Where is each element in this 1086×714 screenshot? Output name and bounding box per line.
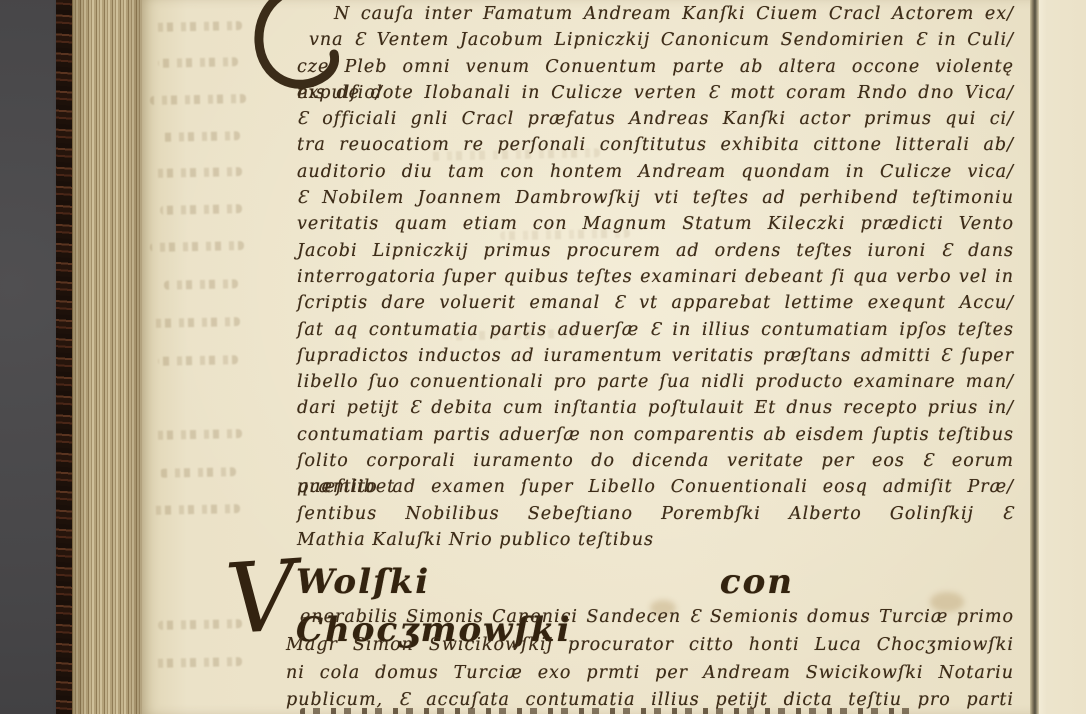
photo-background (0, 0, 60, 714)
case-heading: Wolſki con Chocʒmowſki (296, 558, 794, 606)
manuscript-line: enerabilis Simonis Canonici Sandecen Ɛ S… (252, 604, 1014, 632)
manuscript-line: ſcriptis dare voluerit emanal Ɛ vt appar… (252, 290, 1014, 316)
bleedthrough-mark (158, 355, 238, 366)
clipped-bottom-line-strokes (300, 708, 920, 714)
manuscript-line: Jacobi Lipniczkij primus procurem ad ord… (252, 238, 1014, 264)
page-edge-stack (72, 0, 142, 714)
manuscript-line: ſupradictos inductos ad iuramentum verit… (252, 343, 1014, 369)
manuscript-line: interrogatoria ſuper quibus teſtes exami… (252, 264, 1014, 290)
manuscript-line: libello ſuo conuentionali pro parte ſua … (252, 369, 1014, 395)
bleedthrough-mark (150, 657, 242, 668)
manuscript-line: cze Pleb omni venum Conuentum parte ab a… (252, 54, 1014, 80)
book-spine-leather-edge (56, 0, 73, 714)
bleedthrough-mark (152, 504, 240, 515)
manuscript-line: Ɛ officiali gnli Cracl præfatus Andreas … (252, 106, 1014, 132)
manuscript-line: N cauſa inter Famatum Andream Kanſki Ciu… (252, 1, 1014, 27)
manuscript-line: ſat aq contumatia partis aduerſæ Ɛ in il… (252, 317, 1014, 343)
manuscript-line: ſentibus Nobilibus Sebeſtiano Porembſki … (252, 501, 1014, 527)
manuscript-line: Mathia Kaluſki Nrio publico teſtibus (252, 527, 1014, 553)
bleedthrough-mark (160, 467, 236, 478)
manuscript-line: Magr Simon Swicikowſkij procurator citto… (252, 632, 1014, 660)
manuscript-line: tra reuocatiom re perſonali conſtitutus … (252, 132, 1014, 158)
manuscript-line: præſtito ad examen ſuper Libello Conuent… (252, 474, 1014, 500)
manuscript-line: vna Ɛ Ventem Jacobum Lipniczkij Canonicu… (252, 27, 1014, 53)
manuscript-line: dari petijt Ɛ debita cum inſtantia poſtu… (252, 395, 1014, 421)
manuscript-line: ſolito corporali iuramento do dicenda ve… (252, 448, 1014, 474)
bleedthrough-mark (160, 204, 242, 215)
entry-wolski-v-choczmowski: enerabilis Simonis Canonici Sandecen Ɛ S… (252, 604, 1014, 714)
manuscript-line: contumatiam partis aduerſæ non comparent… (252, 422, 1014, 448)
manuscript-line: Ɛ Nobilem Joannem Dambrowſkij vti teſtes… (252, 185, 1014, 211)
manuscript-line: veritatis quam etiam con Magnum Statum K… (252, 211, 1014, 237)
facing-page-sliver (1039, 0, 1086, 714)
manuscript-line: ni cola domus Turciæ exo prmti per Andre… (252, 660, 1014, 688)
manuscript-line: auditorio diu tam con hontem Andream quo… (252, 159, 1014, 185)
bleedthrough-mark (152, 167, 242, 178)
manuscript-scan-photo: { "scene": { "description": "Photographi… (0, 0, 1086, 714)
page-right-edge-shadow (1030, 0, 1039, 714)
entry-kanski-v-lipnicki: N cauſa inter Famatum Andream Kanſki Ciu… (252, 1, 1014, 553)
bleedthrough-mark (162, 131, 240, 142)
bleedthrough-mark (158, 57, 238, 68)
bleedthrough-mark (150, 21, 242, 32)
bleedthrough-mark (150, 429, 242, 440)
bleedthrough-mark (152, 317, 240, 328)
manuscript-line: nis de dote Ilobanali in Culicze verten … (252, 80, 1014, 106)
bleedthrough-mark (164, 279, 238, 290)
